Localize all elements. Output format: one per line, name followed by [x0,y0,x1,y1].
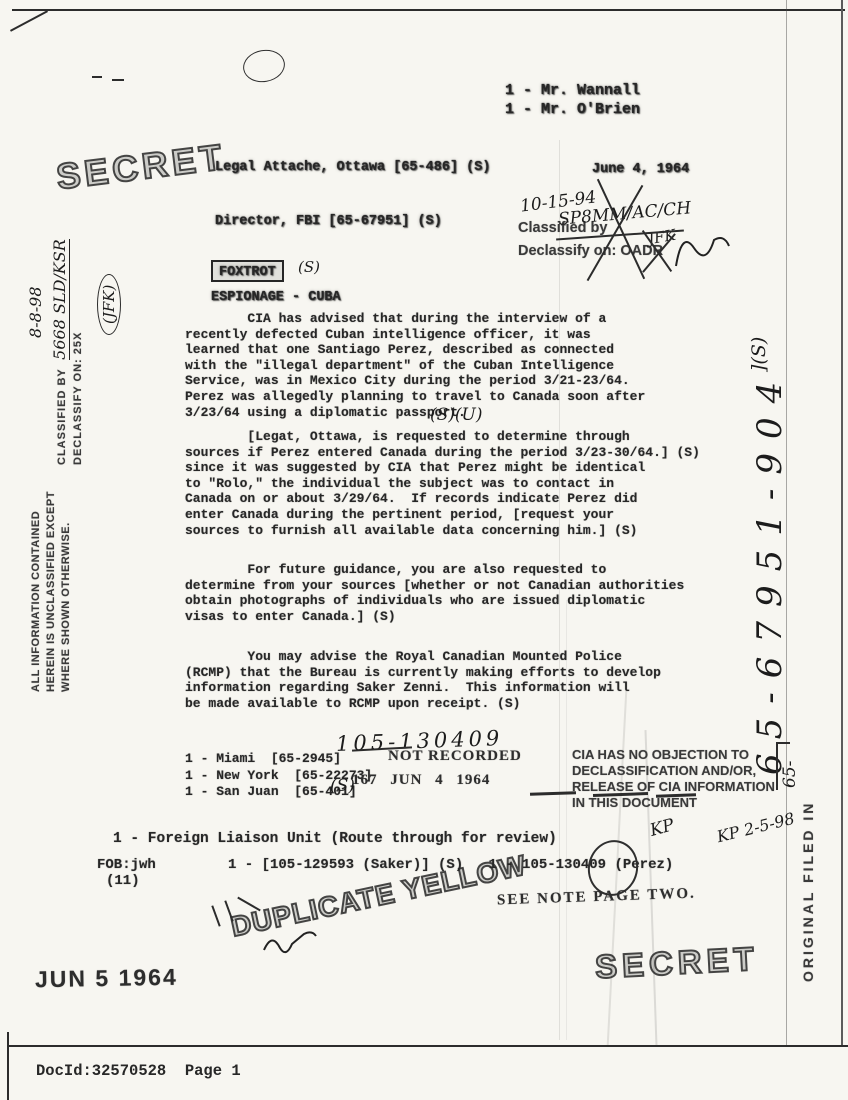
to-line: Director, FBI [65-67951] (S) [215,214,442,229]
recipient-line: 1 - Mr. Wannall [505,82,640,99]
file-number-handwriting: 65-67951-904 [750,368,790,775]
handwritten-scribble [241,47,288,86]
corner-diagonal-mark [10,10,48,31]
office-count: (11) [106,873,140,889]
paragraph: CIA has advised that during the intervie… [185,311,645,420]
margin-classified-by-block: CLASSIFIED BY 5668 SLD/KSR [50,239,70,465]
declassify-on-stamp: Declassify on: OADR [518,243,663,259]
margin-date-handwriting: 8-8-98 [26,286,45,338]
caption-code-box: FOXTROT [211,260,284,282]
handwritten-scribble [112,79,124,81]
margin-jfk-text: (JFK) [97,274,121,335]
margin-jfk-handwriting: (JFK) [100,274,119,335]
document-scan: 1 - Mr. Wannall 1 - Mr. O'Brien SECRET L… [0,0,848,1100]
from-line: Legal Attache, Ottawa [65-486] (S) [215,160,490,175]
see-note-stamp: SEE NOTE PAGE TWO. [497,886,696,910]
left-edge-line [7,1032,9,1100]
handwritten-scribble [211,905,220,926]
secret-stamp-top: SECRET [54,136,228,198]
filed-in-number-handwriting: 65- [780,761,800,788]
received-date-stamp: JUN 5 1964 [35,964,178,993]
info-stamp-line: HEREIN IS UNCLASSIFIED EXCEPT [45,491,57,692]
handwritten-bracket [776,742,790,744]
not-recorded-date: 167 JUN 4 1964 [352,772,490,789]
office-initials: FOB:jwh [97,857,156,873]
file-number-mark: ](S) [748,337,770,372]
info-stamp-line: ALL INFORMATION CONTAINED [30,511,42,692]
top-border-line [12,9,845,11]
info-stamp-line: WHERE SHOWN OTHERWISE. [60,522,72,692]
subject-line: ESPIONAGE - CUBA [211,290,341,305]
caption-mark: (S) [298,258,320,276]
handwritten-scribble [666,218,736,278]
classified-by-margin-stamp: CLASSIFIED BY [56,368,68,465]
doc-id-footer: DocId:32570528 Page 1 [36,1062,241,1080]
handwritten-scribble [260,920,320,960]
declassify-on-margin-stamp: DECLASSIFY ON: 25X [72,332,84,465]
caption-code: FOXTROT [219,265,276,280]
date-line: June 4, 1964 [592,162,689,177]
paragraph: For future guidance, you are also reques… [185,562,684,624]
handwritten-bracket [776,742,778,790]
paragraph: You may advise the Royal Canadian Mounte… [185,649,661,711]
para1-marks-handwriting: (S)(U) [430,405,483,425]
secret-stamp-bottom: SECRET [594,940,760,987]
cia-stamp-line: RELEASE OF CIA INFORMATION [572,779,775,794]
cia-stamp-line: DECLASSIFICATION AND/OR, [572,763,756,778]
margin-classified-by-handwriting: 5668 SLD/KSR [50,239,70,360]
cia-stamp-line: IN THIS DOCUMENT [572,795,697,810]
handwritten-scribble [92,76,102,78]
not-recorded-stamp: NOT RECORDED [388,748,522,765]
right-edge-line [841,0,843,1045]
cia-handwriting: KP 2-5-98 [715,809,797,847]
recipient-line: 1 - Mr. O'Brien [505,101,640,118]
liaison-initials-handwriting: KP [648,815,676,841]
liaison-line: 1 - Foreign Liaison Unit (Route through … [113,831,557,847]
bottom-scan-line [8,1045,848,1047]
original-filed-stamp: ORIGINAL FILED IN [800,801,816,982]
cia-stamp-line: CIA HAS NO OBJECTION TO [572,747,749,762]
dash-mark [530,791,576,796]
paragraph: [Legat, Ottawa, is requested to determin… [185,429,700,538]
